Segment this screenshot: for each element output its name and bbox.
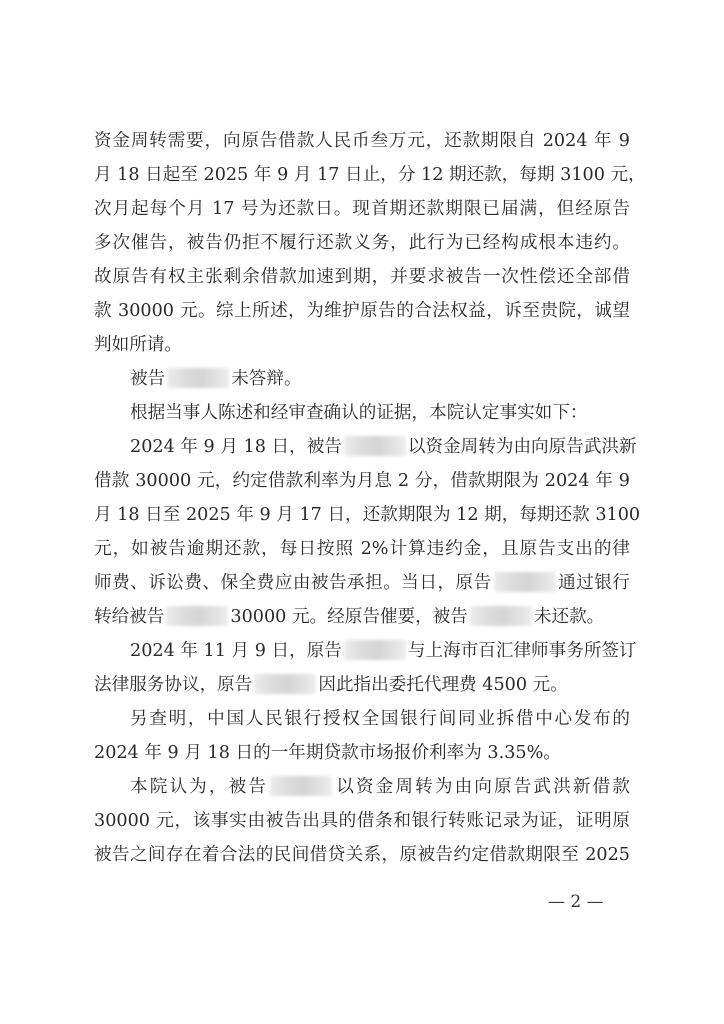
text-span: 因此指出委托代理费 4500 元。 [318,675,568,695]
redacted-name [344,436,406,456]
paragraph-lawyer-line: 2024 年 11 月 9 日，原告与上海市百汇律师事务所签订 [94,634,630,668]
text-line: 多次催告，被告仍拒不履行还款义务，此行为已经构成根本违约。 [94,226,630,260]
text-line: 月 18 日起至 2025 年 9 月 17 日止，分 12 期还款，每期 31… [94,158,630,192]
text-span: 2024 年 9 月 18 日，被告 [130,437,342,457]
paragraph-facts-intro: 根据当事人陈述和经审查确认的证据，本院认定事实如下： [94,396,630,430]
paragraph-loan-line: 师费、诉讼费、保全费应由被告承担。当日，原告通过银行 [94,566,630,600]
text-span: 转给被告 [94,607,164,627]
text-span: 师费、诉讼费、保全费应由被告承担。当日，原告 [94,573,492,593]
text-span: 2024 年 11 月 9 日，原告 [130,641,342,661]
paragraph-loan-line: 2024 年 9 月 18 日，被告以资金周转为由向原告武洪新 [94,430,630,464]
text-line: 款 30000 元。综上所述，为维护原告的合法权益，诉至贵院，诚望 [94,294,630,328]
paragraph-court-line: 被告之间存在着合法的民间借贷关系，原被告约定借款期限至 2025 [94,838,630,872]
text-span: 被告 [130,369,165,389]
text-line: 借款 30000 元，约定借款利率为月息 2 分，借款期限为 2024 年 9 [94,464,630,498]
text-line: 元，如被告逾期还款，每日按照 2%计算违约金，且原告支出的律 [94,532,630,566]
paragraph-lawyer-line: 法律服务协议，原告因此指出委托代理费 4500 元。 [94,668,630,702]
redacted-name [167,368,229,388]
paragraph-loan-line: 转给被告30000 元。经原告催要，被告未还款。 [94,600,630,634]
text-span: 30000 元。经原告催要，被告 [230,607,468,627]
paragraph-defendant-no-defense: 被告未答辩。 [94,362,630,396]
redacted-name [494,572,556,592]
document-page: 资金周转需要，向原告借款人民币叁万元，还款期限自 2024 年 9 月 18 日… [94,124,630,872]
redacted-name [166,606,228,626]
text-span: 未答辩。 [231,369,301,389]
redacted-name [470,606,532,626]
text-span: 以资金周转为由向原告武洪新借款 [334,777,630,797]
text-span: 本院认为，被告 [130,777,268,797]
text-span: 通过银行 [558,573,630,593]
redacted-name [344,640,406,660]
paragraph-lpr-line: 另查明，中国人民银行授权全国银行间同业拆借中心发布的 [94,702,630,736]
redacted-name [254,674,316,694]
text-span: 法律服务协议，原告 [94,675,252,695]
paragraph-court-line: 30000 元，该事实由被告出具的借条和银行转账记录为证，证明原 [94,804,630,838]
text-line: 故原告有权主张剩余借款加速到期，并要求被告一次性偿还全部借 [94,260,630,294]
text-line: 次月起每个月 17 号为还款日。现首期还款期限已届满，但经原告 [94,192,630,226]
text-line: 月 18 日至 2025 年 9 月 17 日，还款期限为 12 期，每期还款 … [94,498,630,532]
paragraph-court-line: 本院认为，被告以资金周转为由向原告武洪新借款 [94,770,630,804]
text-span: 以资金周转为由向原告武洪新 [408,437,637,457]
text-line: 资金周转需要，向原告借款人民币叁万元，还款期限自 2024 年 9 [94,124,630,158]
text-span: 与上海市百汇律师事务所签订 [408,641,637,661]
redacted-name [270,776,332,796]
text-span: 未还款。 [534,607,604,627]
text-line: 判如所请。 [94,328,630,362]
paragraph-lpr-line: 2024 年 9 月 18 日的一年期贷款市场报价利率为 3.35%。 [94,736,630,770]
page-number: — 2 — [548,892,604,912]
